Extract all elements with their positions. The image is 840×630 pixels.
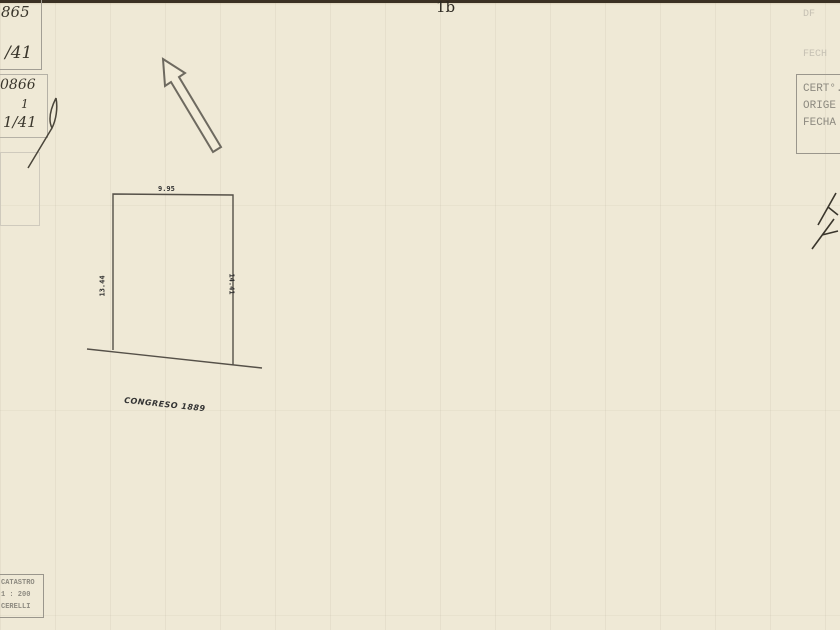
annotation-text: /41 [5,43,32,63]
north-arrow-icon [155,55,230,160]
cadastre-stamp: CATASTRO 1 : 200 CERELLI [0,574,44,618]
stamp-line: CERT°. [803,81,840,98]
stamp-line: FECH [803,48,827,62]
top-border [0,0,840,3]
stamp-line: CATASTRO [1,577,43,589]
signature-mark-icon [808,185,840,255]
street-label: CONGRESO 1889 [124,396,206,413]
page-number: 1b [436,0,455,16]
cadastral-document: 1b 865 /41 0866 1 1/41 9.95 13.44 14.41 … [0,0,840,630]
top-dimension: 9.95 [158,185,175,193]
plot-outline [85,185,270,375]
stamp-line: CERELLI [1,601,43,613]
stamp-line: 1 : 200 [1,589,43,601]
stamp-line: FECHA [803,115,840,132]
signature-mark-icon [20,90,70,170]
annotation-text: 865 [1,3,30,21]
stamp-line: ORIGE [803,98,840,115]
right-dimension: 14.41 [228,273,236,294]
annotation-box-1: 865 /41 [0,0,42,70]
stamp-line: DF [803,8,827,22]
left-dimension: 13.44 [99,275,107,296]
faded-stamp: DF FECH [803,8,827,62]
certificate-stamp: CERT°. ORIGE FECHA [796,74,840,154]
